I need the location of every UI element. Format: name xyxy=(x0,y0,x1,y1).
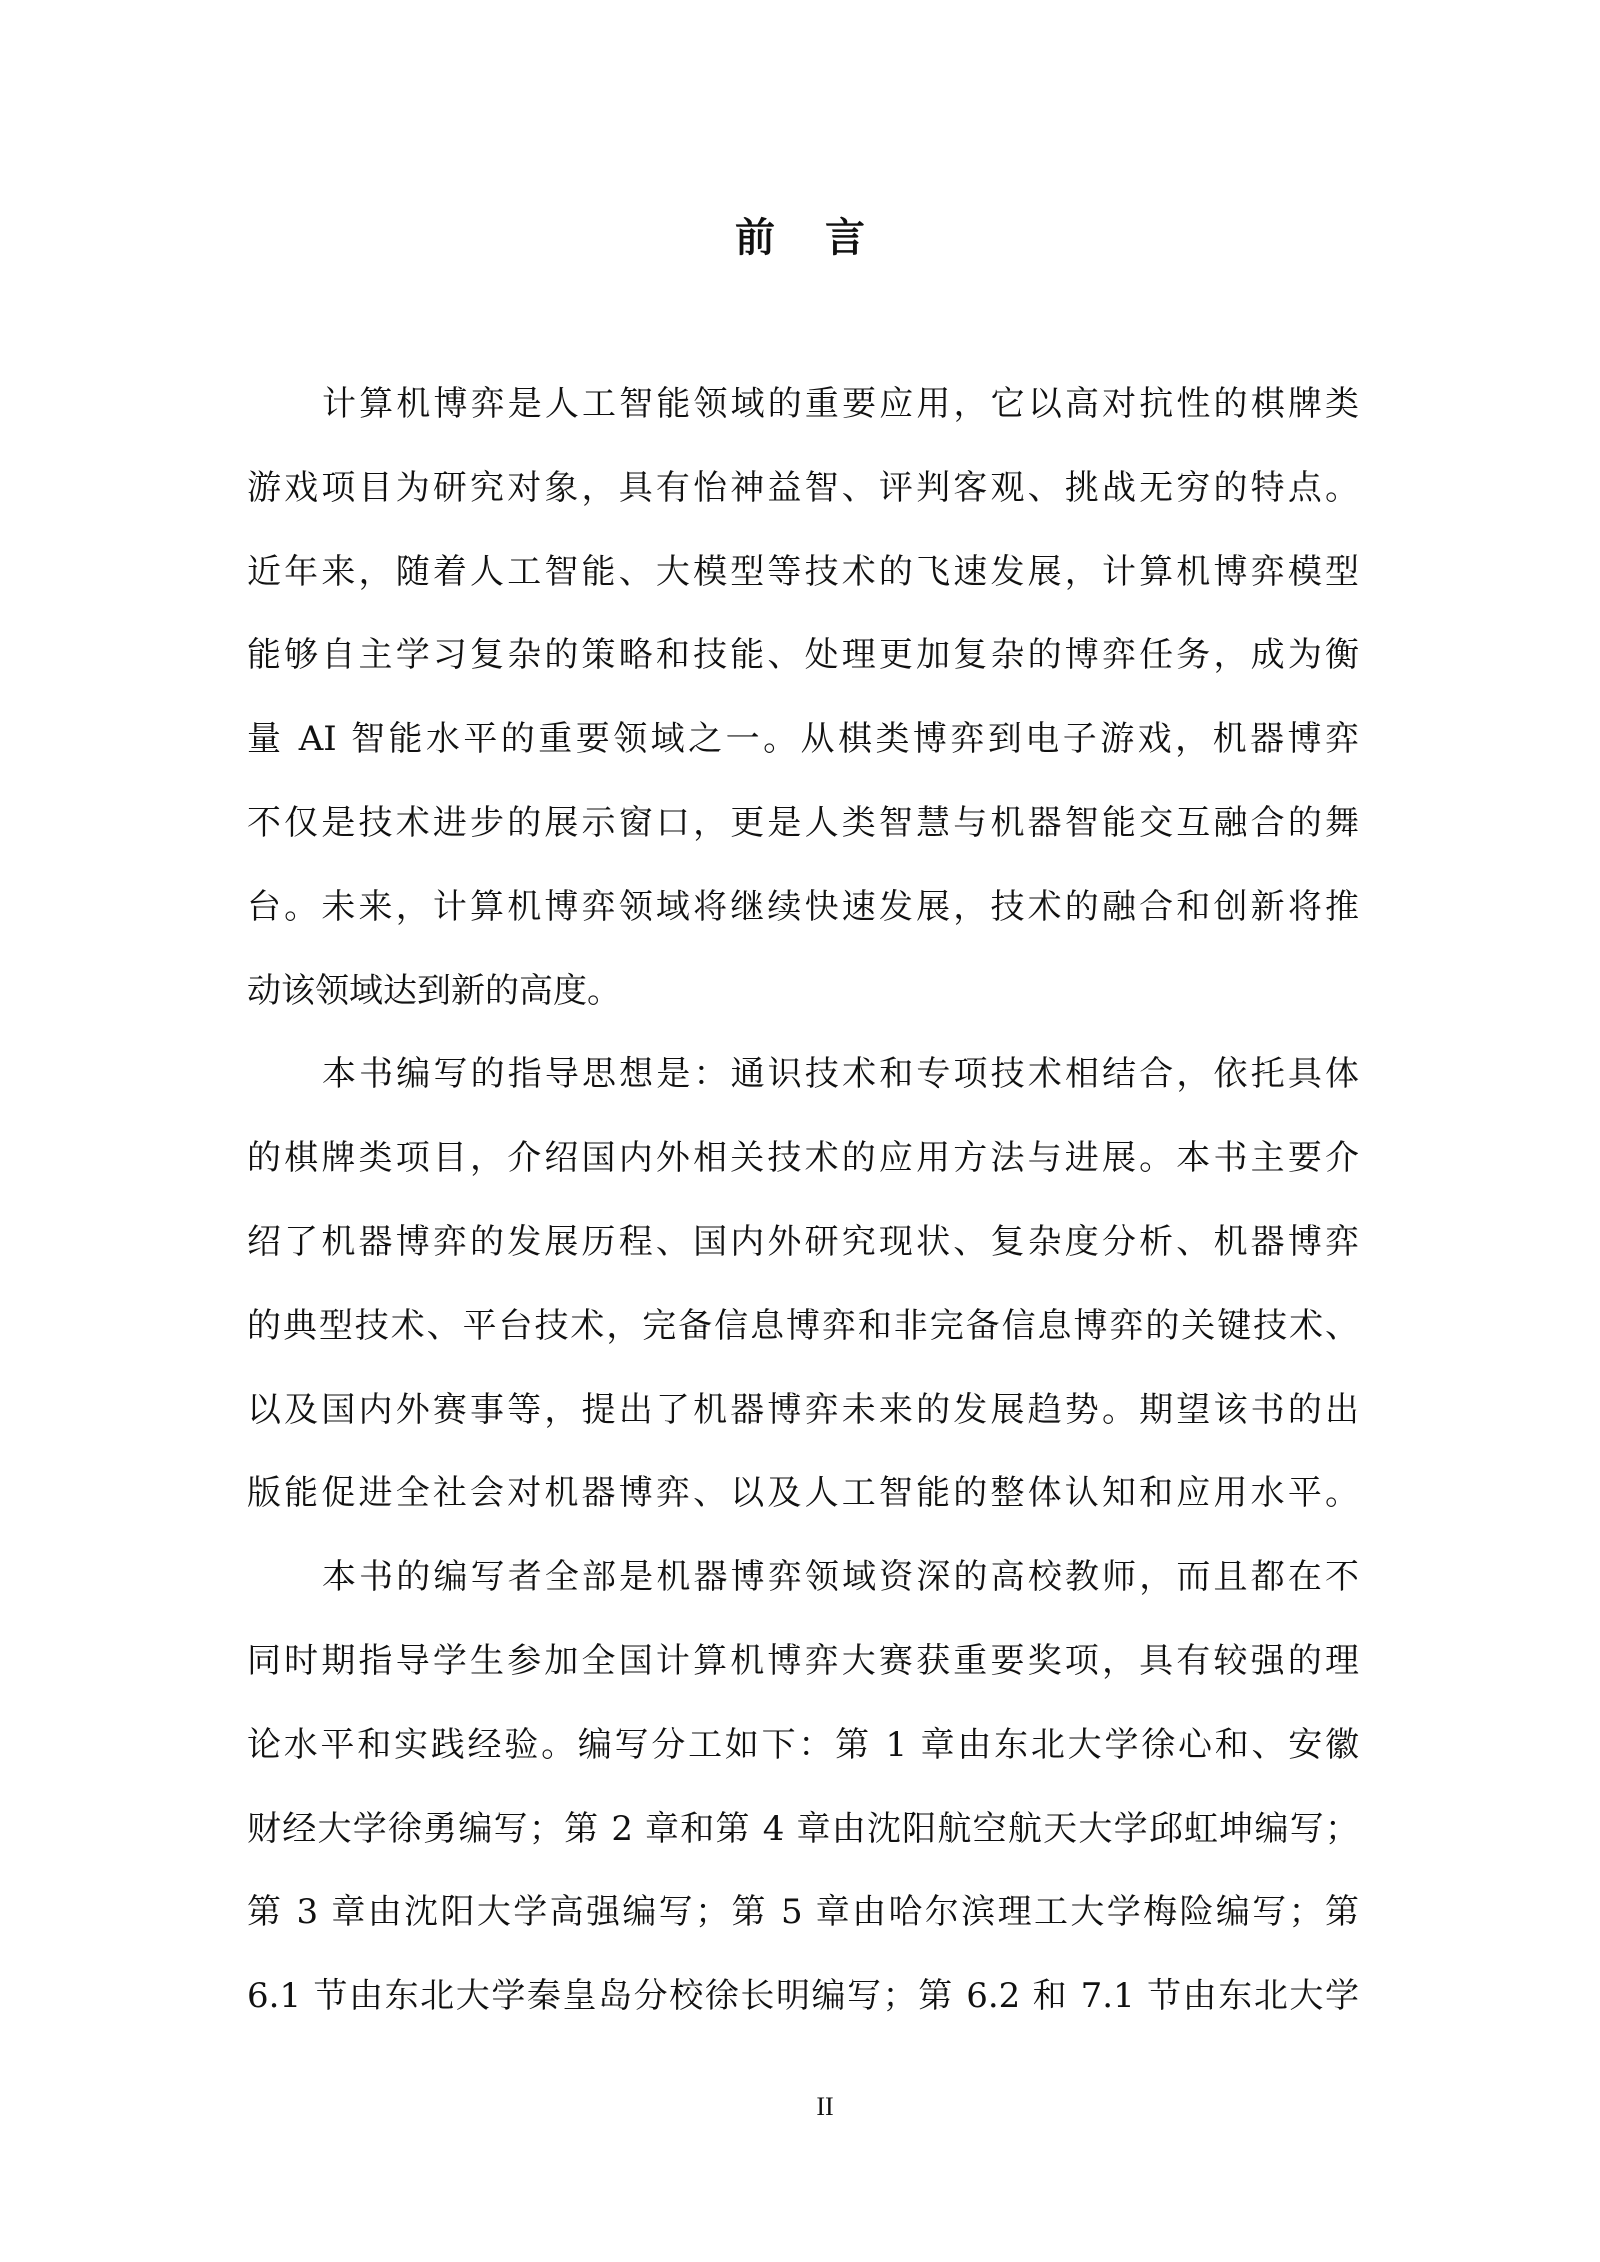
document-page: 前言 计算机博弈是人工智能领域的重要应用，它以高对抗性的棋牌类 游戏项目为研究对… xyxy=(0,0,1600,2262)
paragraph-3-line-5: 第 3 章由沈阳大学高强编写；第 5 章由哈尔滨理工大学梅险编写；第 xyxy=(247,1871,1359,1955)
paragraph-1-line-6: 不仅是技术进步的展示窗口，更是人类智慧与机器智能交互融合的舞 xyxy=(247,782,1359,866)
paragraph-2-line-5: 以及国内外赛事等，提出了机器博弈未来的发展趋势。期望该书的出 xyxy=(247,1369,1359,1453)
paragraph-3-line-2: 同时期指导学生参加全国计算机博弈大赛获重要奖项，具有较强的理 xyxy=(247,1620,1359,1704)
paragraph-1-line-7: 台。未来，计算机博弈领域将继续快速发展，技术的融合和创新将推 xyxy=(247,866,1359,950)
paragraph-2-line-3: 绍了机器博弈的发展历程、国内外研究现状、复杂度分析、机器博弈 xyxy=(247,1201,1359,1285)
paragraph-2-line-4: 的典型技术、平台技术，完备信息博弈和非完备信息博弈的关键技术、 xyxy=(247,1285,1359,1369)
title-char-2: 言 xyxy=(825,210,865,266)
paragraph-3-line-4: 财经大学徐勇编写；第 2 章和第 4 章由沈阳航空航天大学邱虹坤编写； xyxy=(247,1788,1359,1872)
paragraph-1-line-5: 量 AI 智能水平的重要领域之一。从棋类博弈到电子游戏，机器博弈 xyxy=(247,698,1359,782)
title-char-1: 前 xyxy=(735,210,775,266)
paragraph-3-line-6: 6.1 节由东北大学秦皇岛分校徐长明编写；第 6.2 和 7.1 节由东北大学 xyxy=(247,1955,1359,2039)
paragraph-2-line-2: 的棋牌类项目，介绍国内外相关技术的应用方法与进展。本书主要介 xyxy=(247,1117,1359,1201)
paragraph-3-line-1: 本书的编写者全部是机器博弈领域资深的高校教师，而且都在不 xyxy=(247,1536,1359,1620)
paragraph-1-line-2: 游戏项目为研究对象，具有怡神益智、评判客观、挑战无穷的特点。 xyxy=(247,447,1359,531)
paragraph-1-line-8: 动该领域达到新的高度。 xyxy=(247,950,1359,1034)
paragraph-3-line-3: 论水平和实践经验。编写分工如下：第 1 章由东北大学徐心和、安徽 xyxy=(247,1704,1359,1788)
paragraph-1-line-3: 近年来，随着人工智能、大模型等技术的飞速发展，计算机博弈模型 xyxy=(247,531,1359,615)
preface-body: 计算机博弈是人工智能领域的重要应用，它以高对抗性的棋牌类 游戏项目为研究对象，具… xyxy=(247,363,1359,2039)
page-title: 前言 xyxy=(0,210,1600,266)
paragraph-2-line-6: 版能促进全社会对机器博弈、以及人工智能的整体认知和应用水平。 xyxy=(247,1452,1359,1536)
paragraph-2-line-1: 本书编写的指导思想是：通识技术和专项技术相结合，依托具体 xyxy=(247,1033,1359,1117)
paragraph-1-line-1: 计算机博弈是人工智能领域的重要应用，它以高对抗性的棋牌类 xyxy=(247,363,1359,447)
page-number: II xyxy=(0,2090,1600,2124)
paragraph-1-line-4: 能够自主学习复杂的策略和技能、处理更加复杂的博弈任务，成为衡 xyxy=(247,614,1359,698)
